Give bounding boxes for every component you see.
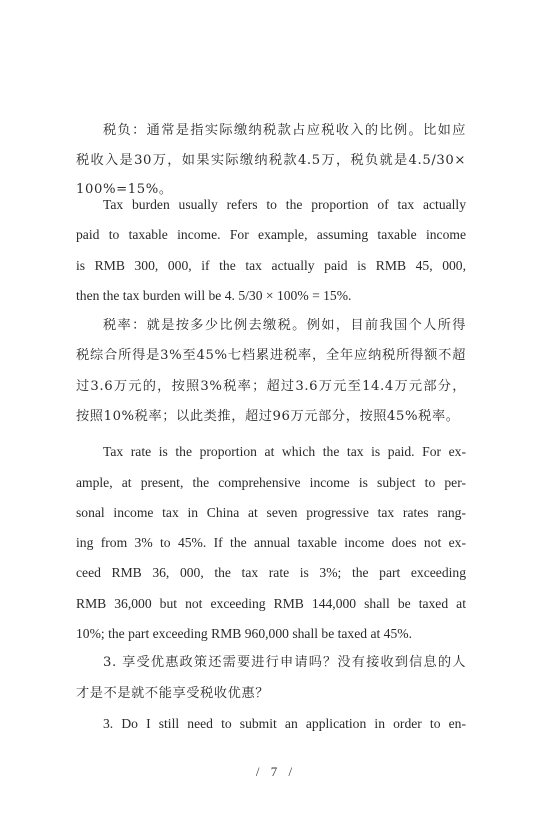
- text-line: Tax rate is the proportion at which the …: [76, 444, 466, 460]
- text-line: 3. Do I still need to submit an applicat…: [76, 716, 466, 732]
- text-line: 过3.6万元的，按照3%税率；超过3.6万元至14.4万元部分，: [76, 379, 466, 395]
- text-line: 税率：就是按多少比例去缴税。例如，目前我国个人所得: [76, 318, 466, 334]
- text-line: paid to taxable income. For example, ass…: [76, 227, 466, 243]
- text-line: sonal income tax in China at seven progr…: [76, 505, 466, 521]
- text-line: 税综合所得是3%至45%七档累进税率，全年应纳税所得额不超: [76, 348, 466, 364]
- text-line: Tax burden usually refers to the proport…: [76, 197, 466, 213]
- text-line: ing from 3% to 45%. If the annual taxabl…: [76, 535, 466, 551]
- text-line: 100%=15%。: [76, 182, 466, 198]
- text-line: then the tax burden will be 4. 5/30 × 10…: [76, 288, 466, 304]
- text-line: 税负：通常是指实际缴纳税款占应税收入的比例。比如应: [76, 123, 466, 139]
- text-line: 10%; the part exceeding RMB 960,000 shal…: [76, 626, 466, 642]
- text-line: 税收入是30万，如果实际缴纳税款4.5万，税负就是4.5/30×: [76, 153, 466, 169]
- text-line: is RMB 300, 000, if the tax actually pai…: [76, 258, 466, 274]
- text-line: ample, at present, the comprehensive inc…: [76, 475, 466, 491]
- text-line: 按照10%税率；以此类推，超过96万元部分，按照45%税率。: [76, 409, 466, 425]
- text-line: 才是不是就不能享受税收优惠？: [76, 686, 466, 702]
- text-line: ceed RMB 36, 000, the tax rate is 3%; th…: [76, 565, 466, 581]
- page-number: / 7 /: [0, 764, 552, 780]
- text-line: RMB 36,000 but not exceeding RMB 144,000…: [76, 596, 466, 612]
- text-line: 3. 享受优惠政策还需要进行申请吗？没有接收到信息的人: [76, 655, 466, 671]
